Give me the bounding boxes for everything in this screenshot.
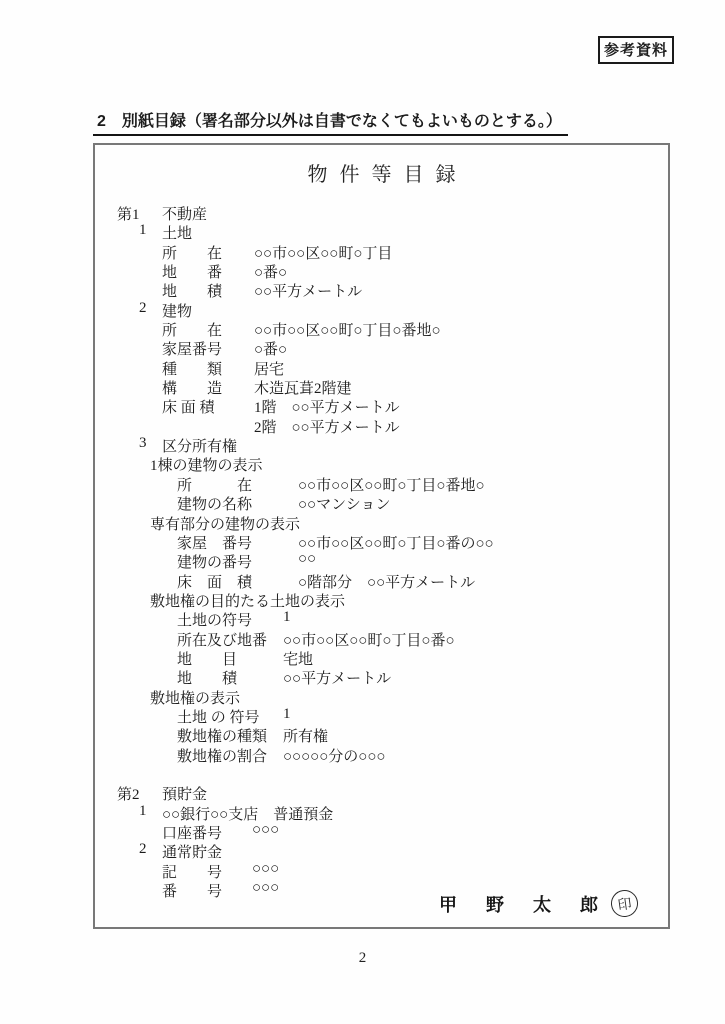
line-text: 建物 [162, 300, 192, 321]
property-list-box: 物件等目録 第1不動産1土地所 在○○市○○区○○町○丁目地 番○番○地 積○○… [93, 143, 670, 929]
line-value: 所有権 [283, 725, 328, 746]
document-line: 1棟の建物の表示 [95, 454, 668, 473]
line-value: ○○市○○区○○町○丁目○番の○○ [298, 532, 494, 553]
line-value: ○○市○○区○○町○丁目○番地○ [298, 474, 485, 495]
line-label: 所 在 [162, 319, 222, 340]
line-label: 地 目 [177, 648, 237, 669]
line-label: 種 類 [162, 358, 222, 379]
line-value: ○番○ [254, 338, 287, 359]
document-line: 床 面 積1階 ○○平方メートル [95, 396, 668, 415]
page-number: 2 [0, 950, 725, 967]
document-line: 2建物 [95, 300, 668, 319]
line-label: 建物の番号 [177, 551, 252, 572]
document-line: 1土地 [95, 222, 668, 241]
line-value: 2階 ○○平方メートル [254, 416, 400, 437]
signature-name: 甲野太郎 [439, 891, 627, 917]
line-text: 通常貯金 [162, 841, 222, 862]
line-value: ○○平方メートル [283, 667, 391, 688]
line-label: 所在及び地番 [177, 629, 267, 650]
document-line: 地 番○番○ [95, 261, 668, 280]
line-text: 1棟の建物の表示 [150, 454, 263, 475]
document-line: 土地の符号1 [95, 609, 668, 628]
line-text: 専有部分の建物の表示 [150, 513, 300, 534]
document-line: 記 号○○○ [95, 861, 668, 880]
line-value: ○○市○○区○○町○丁目○番○ [283, 629, 455, 650]
document-line: 所 在○○市○○区○○町○丁目 [95, 242, 668, 261]
document-line: 敷地権の種類所有権 [95, 725, 668, 744]
document-line: 家屋 番号○○市○○区○○町○丁目○番の○○ [95, 532, 668, 551]
line-value: ○○平方メートル [254, 280, 362, 301]
line-value: 木造瓦葺2階建 [254, 377, 352, 398]
document-line: 種 類居宅 [95, 358, 668, 377]
document-line: 所 在○○市○○区○○町○丁目○番地○ [95, 474, 668, 493]
section-heading: 2 別紙目録（署名部分以外は自書でなくてもよいものとする。） [93, 108, 568, 136]
document-line: 敷地権の割合○○○○○分の○○○ [95, 745, 668, 764]
line-value: 居宅 [254, 358, 284, 379]
line-text: 区分所有権 [162, 435, 237, 456]
line-label: 地 積 [177, 667, 237, 688]
line-label: 床 面 積 [177, 571, 252, 592]
line-label: 番 号 [162, 880, 222, 901]
line-text: 敷地権の表示 [150, 687, 240, 708]
document-line: 構 造木造瓦葺2階建 [95, 377, 668, 396]
line-label: 所 在 [177, 474, 252, 495]
line-text: 土地 [162, 222, 192, 243]
line-number: 2 [139, 841, 147, 858]
line-label: 地 番 [162, 261, 222, 282]
document-line: 建物の名称○○マンション [95, 493, 668, 512]
line-text: 預貯金 [162, 783, 207, 804]
document-line: 家屋番号○番○ [95, 338, 668, 357]
signature: 甲野太郎 印 [439, 890, 638, 917]
document-line: 1○○銀行○○支店 普通預金 [95, 803, 668, 822]
line-value: 1 [283, 609, 291, 626]
line-label: 家屋 番号 [177, 532, 252, 553]
line-label: 記 号 [162, 861, 222, 882]
line-text: 不動産 [162, 203, 207, 224]
line-number: 3 [139, 435, 147, 452]
line-value: 1階 ○○平方メートル [254, 396, 400, 417]
document-line: 専有部分の建物の表示 [95, 513, 668, 532]
line-value: 1 [283, 706, 291, 723]
document-line: 建物の番号○○ [95, 551, 668, 570]
document-body: 第1不動産1土地所 在○○市○○区○○町○丁目地 番○番○地 積○○平方メートル… [95, 203, 668, 899]
line-value: ○○○ [252, 822, 279, 839]
line-label: 敷地権の種類 [177, 725, 267, 746]
document-page: 参考資料 2 別紙目録（署名部分以外は自書でなくてもよいものとする。） 物件等目… [0, 0, 725, 1024]
line-label: 所 在 [162, 242, 222, 263]
document-line: 所在及び地番○○市○○区○○町○丁目○番○ [95, 629, 668, 648]
line-number: 2 [139, 300, 147, 317]
line-label: 床 面 積 [162, 396, 215, 417]
line-label: 敷地権の割合 [177, 745, 267, 766]
line-text: ○○銀行○○支店 普通預金 [162, 803, 333, 824]
line-number: 第2 [117, 783, 140, 804]
line-value: ○○ [298, 551, 316, 568]
line-value: ○○○ [252, 861, 279, 878]
line-value: ○○○○○分の○○○ [283, 745, 385, 766]
line-label: 土地の符号 [177, 609, 252, 630]
line-value: 宅地 [283, 648, 313, 669]
line-value: ○○○ [252, 880, 279, 897]
document-line: 2階 ○○平方メートル [95, 416, 668, 435]
line-label: 土地 の 符号 [177, 706, 260, 727]
document-line: 土地 の 符号1 [95, 706, 668, 725]
document-line: 2通常貯金 [95, 841, 668, 860]
document-line: 口座番号○○○ [95, 822, 668, 841]
line-number: 第1 [117, 203, 140, 224]
document-line: 地 目宅地 [95, 648, 668, 667]
line-text: 敷地権の目的たる土地の表示 [150, 590, 345, 611]
document-line: 床 面 積○階部分 ○○平方メートル [95, 571, 668, 590]
line-value: ○番○ [254, 261, 287, 282]
reference-material-tag: 参考資料 [598, 36, 674, 64]
line-value: ○○マンション [298, 493, 390, 514]
document-line: 所 在○○市○○区○○町○丁目○番地○ [95, 319, 668, 338]
line-value: ○○市○○区○○町○丁目○番地○ [254, 319, 441, 340]
document-title: 物件等目録 [95, 158, 668, 187]
line-label: 構 造 [162, 377, 222, 398]
document-line: 第2預貯金 [95, 783, 668, 802]
line-value: ○○市○○区○○町○丁目 [254, 242, 392, 263]
document-line [95, 764, 668, 783]
line-label: 家屋番号 [162, 338, 222, 359]
document-line: 地 積○○平方メートル [95, 667, 668, 686]
document-line: 敷地権の表示 [95, 687, 668, 706]
line-number: 1 [139, 222, 147, 239]
line-label: 建物の名称 [177, 493, 252, 514]
line-label: 地 積 [162, 280, 222, 301]
line-number: 1 [139, 803, 147, 820]
document-line: 3区分所有権 [95, 435, 668, 454]
document-line: 地 積○○平方メートル [95, 280, 668, 299]
line-label: 口座番号 [162, 822, 222, 843]
document-line: 敷地権の目的たる土地の表示 [95, 590, 668, 609]
line-value: ○階部分 ○○平方メートル [298, 571, 475, 592]
document-line: 第1不動産 [95, 203, 668, 222]
